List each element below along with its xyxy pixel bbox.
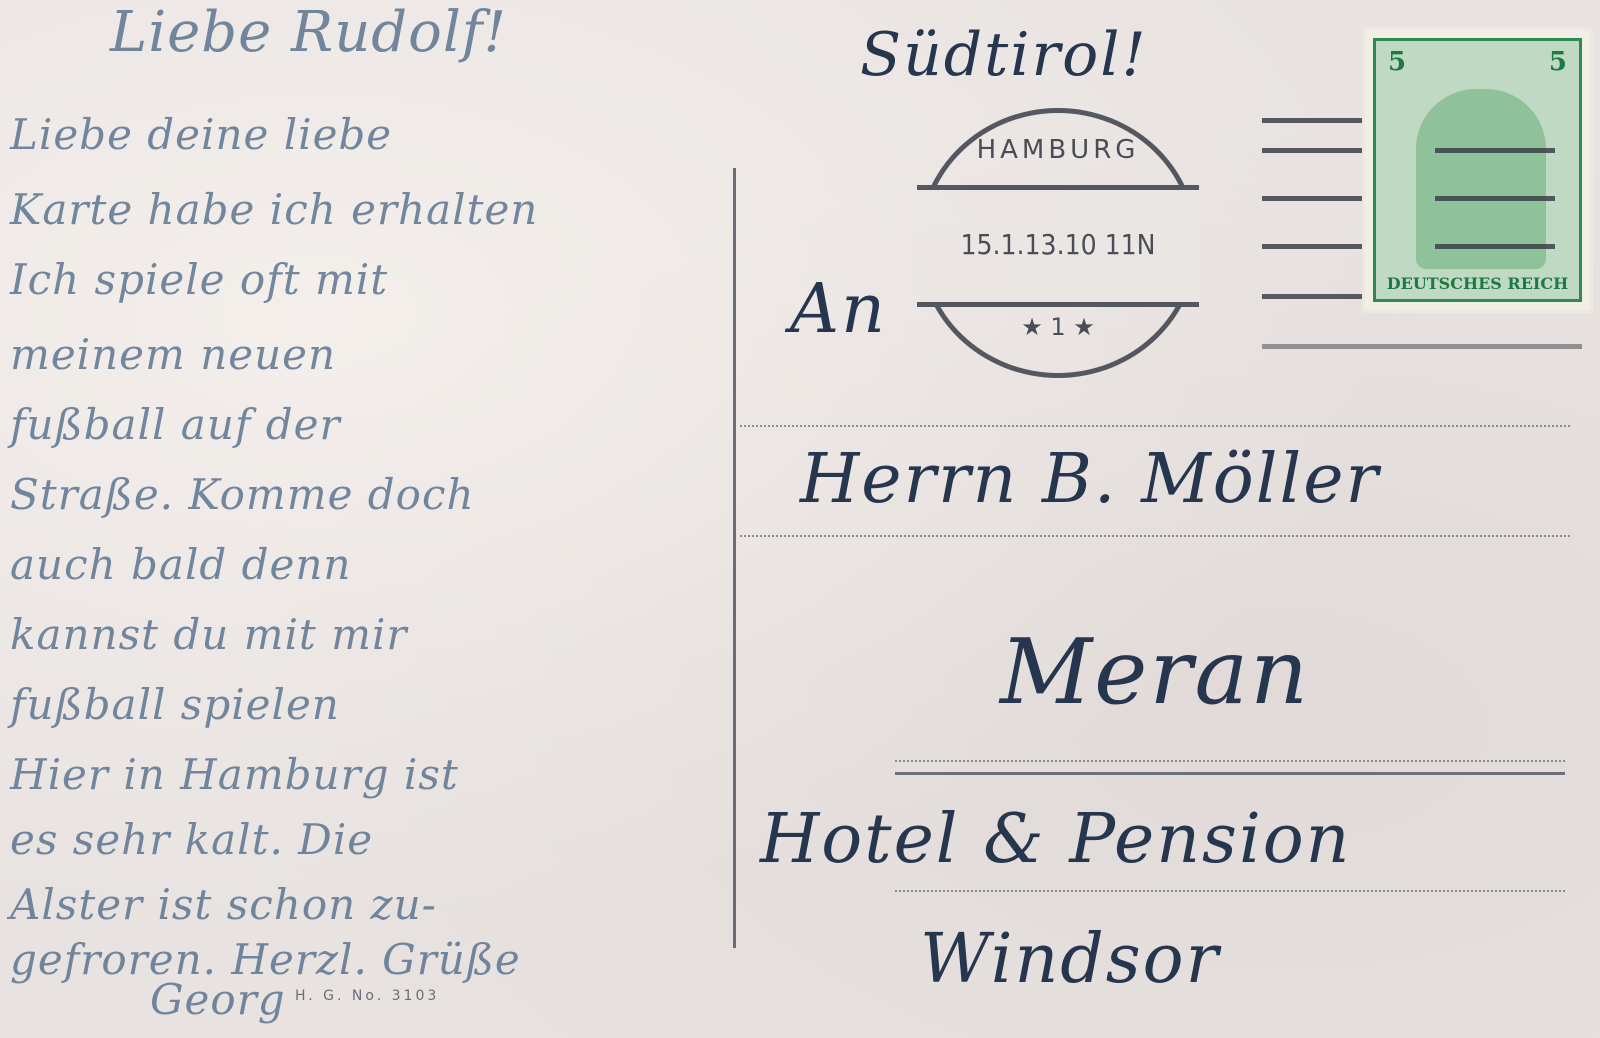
signature: Georg xyxy=(150,975,286,1024)
message-line: Straße. Komme doch xyxy=(10,470,475,519)
cancel-line xyxy=(1262,148,1362,153)
stamp-value-left: 5 xyxy=(1388,47,1406,77)
germania-portrait xyxy=(1416,89,1546,269)
message-line: es sehr kalt. Die xyxy=(10,815,373,864)
postmark-city: HAMBURG xyxy=(923,135,1193,165)
postcard-back: Liebe Rudolf! Liebe deine liebe Karte ha… xyxy=(0,0,1600,1038)
message-line: Alster ist schon zu- xyxy=(10,880,437,929)
stamp-cancel-line xyxy=(1435,196,1555,201)
message-line: fußball auf der xyxy=(10,400,341,449)
message-line: kannst du mit mir xyxy=(10,610,407,659)
greeting: Liebe Rudolf! xyxy=(110,0,507,65)
recipient-name: Herrn B. Möller xyxy=(800,440,1380,519)
recipient-hotel: Hotel & Pension xyxy=(760,800,1351,879)
message-line: fußball spielen xyxy=(10,680,340,729)
cancel-line xyxy=(1262,344,1582,349)
message-line: Hier in Hamburg ist xyxy=(10,750,459,799)
address-line-3 xyxy=(895,760,1565,762)
cancel-line xyxy=(1262,244,1362,249)
postmark-date-band: 15.1.13.10 11N xyxy=(917,185,1199,307)
stamp-value-right: 5 xyxy=(1549,47,1567,77)
address-line-1 xyxy=(740,425,1570,427)
city-underline xyxy=(895,772,1565,775)
message-line: Ich spiele oft mit xyxy=(10,255,388,304)
recipient-city: Meran xyxy=(1000,620,1310,725)
postmark: HAMBURG 15.1.13.10 11N ★ 1 ★ xyxy=(918,108,1198,378)
stamp-frame: 5 5 DEUTSCHES REICH xyxy=(1373,38,1582,302)
stamp-cancel-line xyxy=(1435,148,1555,153)
message-line: Karte habe ich erhalten xyxy=(10,185,538,234)
center-divider xyxy=(733,168,736,948)
publisher-imprint: H. G. No. 3103 xyxy=(295,988,439,1004)
recipient-hotel-name: Windsor xyxy=(920,920,1220,999)
stamp-country: DEUTSCHES REICH xyxy=(1382,274,1573,293)
region-note: Südtirol! xyxy=(860,20,1148,90)
cancel-line xyxy=(1262,294,1362,299)
message-line: Liebe deine liebe xyxy=(10,110,392,159)
message-line: meinem neuen xyxy=(10,330,336,379)
postmark-office: ★ 1 ★ xyxy=(923,313,1193,341)
address-prefix: An xyxy=(790,270,887,349)
postmark-date: 15.1.13.10 11N xyxy=(917,228,1199,261)
address-line-2 xyxy=(740,535,1570,537)
message-line: auch bald denn xyxy=(10,540,351,589)
address-line-4 xyxy=(895,890,1565,892)
postage-stamp: 5 5 DEUTSCHES REICH xyxy=(1365,30,1590,310)
cancel-line xyxy=(1262,196,1362,201)
cancel-line xyxy=(1262,118,1362,123)
stamp-cancel-line xyxy=(1435,244,1555,249)
